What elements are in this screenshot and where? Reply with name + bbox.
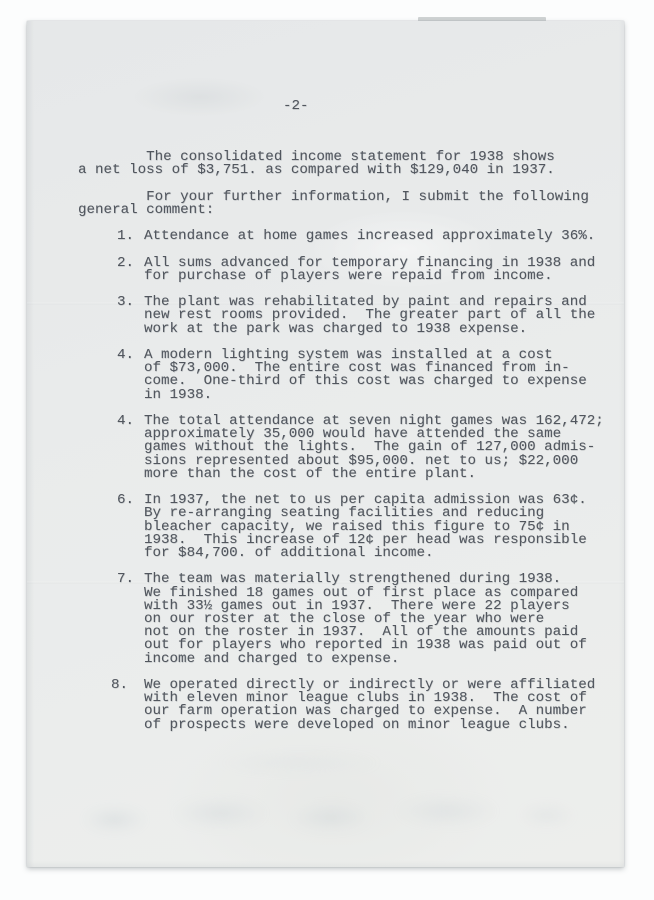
list-item-text: The total attendance at seven night game…: [144, 415, 618, 481]
page-number: -2-: [283, 100, 309, 113]
list-item-text: A modern lighting system was installed a…: [144, 349, 618, 402]
list-item-text: We operated directly or indirectly or we…: [144, 679, 618, 732]
list-item: 1. Attendance at home games increased ap…: [78, 230, 618, 243]
list-item: 6. In 1937, the net to us per capita adm…: [78, 494, 618, 560]
list-item-number: 4.: [117, 349, 134, 362]
list-item: 3. The plant was rehabilitated by paint …: [78, 296, 618, 336]
list-item-number: 6.: [117, 494, 134, 507]
list-item-number: 1.: [117, 230, 134, 243]
page-body: The consolidated income statement for 19…: [78, 151, 618, 745]
list-item-number: 8.: [111, 679, 128, 692]
intro-paragraph: For your further information, I submit t…: [78, 191, 618, 217]
list-item: 2. All sums advanced for temporary finan…: [78, 257, 618, 283]
ink-bleedthrough: [62, 744, 589, 849]
list-item-text: The plant was rehabilitated by paint and…: [144, 296, 618, 336]
intro-paragraph: The consolidated income statement for 19…: [78, 151, 618, 177]
photographed-document-scene: -2- The consolidated income statement fo…: [0, 0, 654, 900]
list-item: 4. A modern lighting system was installe…: [78, 349, 618, 402]
list-item-text: The team was materially strengthened dur…: [144, 573, 618, 665]
list-item: 4. The total attendance at seven night g…: [78, 415, 618, 481]
list-item-number: 7.: [117, 573, 134, 586]
list-item: 7. The team was materially strengthened …: [78, 573, 618, 665]
list-item-number: 4.: [117, 415, 134, 428]
list-item-text: All sums advanced for temporary financin…: [144, 257, 618, 283]
list-item-number: 2.: [117, 257, 134, 270]
typewritten-page: -2- The consolidated income statement fo…: [27, 21, 624, 867]
list-item-number: 3.: [117, 296, 134, 309]
list-item-text: In 1937, the net to us per capita admiss…: [144, 494, 618, 560]
list-item-text: Attendance at home games increased appro…: [144, 230, 618, 243]
list-item: 8. We operated directly or indirectly or…: [78, 679, 618, 732]
